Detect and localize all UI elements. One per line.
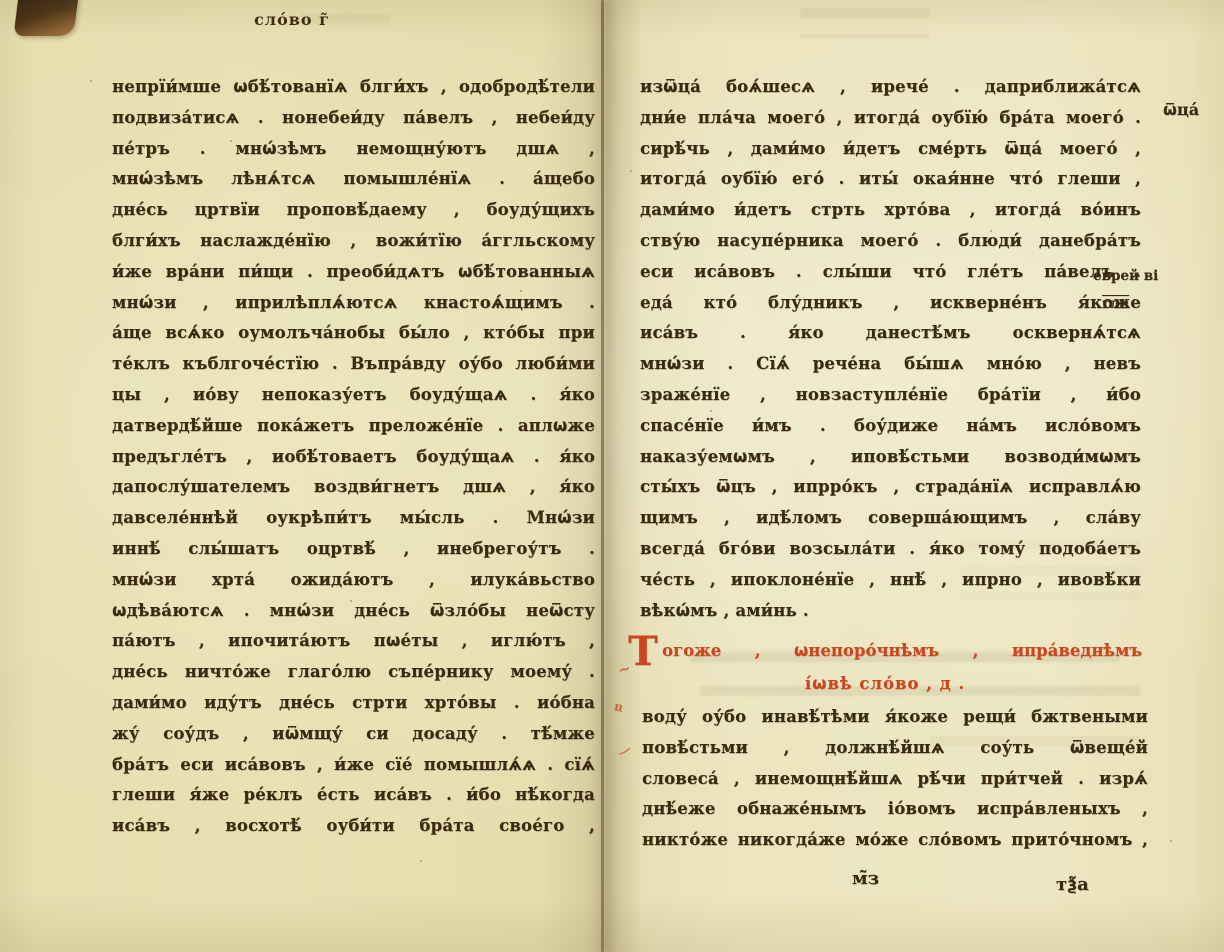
running-title: сло́во г̃ [222,10,362,29]
text-line: вѣкѡ́мъ , ами́нь . [640,596,1141,627]
text-line: предъгле́тъ , иобѣ́товаетъ боуду́щаѧ . я… [112,442,595,473]
text-line: воду́ оу́бо инавѣ́тѣми я́коже рещи́ бжтв… [642,702,1148,733]
paper-specks [90,80,92,82]
margin-note-otsa: ѿца́ [1163,100,1199,119]
text-line: сты́хъ ѿцъ , ипрро́къ , страда́нїѧ испра… [640,472,1141,503]
text-line: дами́мо иду́тъ дне́сь стрти хрто́вы . ио… [112,688,595,719]
rubric-heading: Т огоже , ѡнепоро́чнѣмъ , ипра́веднѣмъ і… [628,634,1142,693]
text-line: дне́сь цртвїи проповѣ́даему , боуду́щихъ [112,195,595,226]
rubric-line-2: і́ѡвѣ сло́во , д . [628,674,1142,693]
binding-tab [14,0,79,36]
margin-note-chapter: глв [1102,296,1129,312]
text-line: повѣ́стьми , должнѣ́йшѧ соу́ть ѿвеще́й [642,733,1148,764]
text-line: и́же вра́ни пи́щи . преоби́дѧтъ ѡбѣ́това… [112,257,595,288]
text-line: щимъ , идѣ́ломъ соверша́ющимъ , сла́ву [640,503,1141,534]
text-line: днѣ́еже обнаже́нымъ іо́вомъ испра́вленых… [642,794,1148,825]
text-line: па́ютъ , ипочита́ютъ пѡе́ты , иглю́тъ , [112,626,595,657]
rubric-line-1: огоже , ѡнепоро́чнѣмъ , ипра́веднѣмъ [662,634,1142,665]
red-margin-mark: ‿ [613,736,631,756]
text-line: блги́хъ наслажде́нїю , вожи́тїю а́ггльск… [112,226,595,257]
text-line: непрїи́мше ѡбѣ́тованїѧ блги́хъ , одоброд… [112,72,595,103]
slovo-4-body: воду́ оу́бо инавѣ́тѣми я́коже рещи́ бжтв… [642,702,1148,856]
text-line: иса́въ , восхотѣ́ оуби́ти бра́та свое́го… [112,811,595,842]
text-line: бра́тъ еси иса́вовъ , и́же сїе́ помышлѧ́… [112,750,595,781]
text-line: иннѣ́ слы́шатъ оцртвѣ́ , инебрегоу́тъ . [112,534,595,565]
text-line: сирѣ́чь , дами́мо и́детъ сме́рть ѿца́ мо… [640,134,1141,165]
left-page-text: непрїи́мше ѡбѣ́тованїѧ блги́хъ , одоброд… [112,72,595,842]
text-line: пе́тръ . мнѡ́зѣмъ немощну́ютъ дшѧ , [112,134,595,165]
text-line: словеса́ , инемощнѣ́йшѧ рѣ́чи при́тчей .… [642,764,1148,795]
text-line: жу́ соу́дъ , иѿмщу́ си досаду́ . тѣ́мже [112,719,595,750]
text-line: итогда́ оубїю́ его́ . иты́ окая́нне что́… [640,164,1141,195]
text-line: давселе́ннѣй оукрѣпи́тъ мы́сль . Мнѡ́зи [112,503,595,534]
text-line: спасе́нїе и́мъ . боу́диже на́мъ исло́вом… [640,411,1141,442]
gutter-shadow [601,0,604,952]
text-line: цы , ио́ву непоказу́етъ боуду́щаѧ . я́ко [112,380,595,411]
rubric-initial-letter: Т [628,634,662,670]
text-line: мнѡ́зи . Сїѧ́ рече́на бы́шѧ мно́ю , невъ [640,349,1141,380]
margin-note-citation: еврей ві [1093,268,1158,284]
text-line: датвердѣ́йше пока́жетъ преложе́нїе . апл… [112,411,595,442]
folio-number: тѯ̃а [1056,874,1089,895]
book-spread: сло́во г̃ непрїи́мше ѡбѣ́тованїѧ блги́хъ… [0,0,1224,952]
text-line: никто́же никогда́же мо́же сло́вомъ прито… [642,825,1148,856]
text-line: мнѡ́зи , иприлѣплѧ́ютсѧ кнастоѧ́щимъ . [112,288,595,319]
quire-signature: м̃з [852,868,879,889]
text-line: че́сть , ипоклоне́нїе , ннѣ́ , ипрно , и… [640,565,1141,596]
text-line: изѿца́ боѧ́шесѧ , ирече́ . даприближа́тс… [640,72,1141,103]
text-line: мнѡ́зи хрта́ ожида́ютъ , илука́вьство [112,565,595,596]
text-line: наказу́емѡмъ , иповѣ́стьми возводи́мѡмъ [640,442,1141,473]
text-line: глеши я́же ре́клъ е́сть иса́въ . и́бо нѣ… [112,780,595,811]
text-line: ѡдѣва́ютсѧ . мнѡ́зи дне́сь ѿзло́бы неѿст… [112,596,595,627]
text-line: дами́мо и́детъ стрть хрто́ва , итогда́ в… [640,195,1141,226]
text-line: те́клъ къблгоче́стїю . Въпра́вду оу́бо л… [112,349,595,380]
text-line: ству́ю насупе́рника моего́ . блюди́ дане… [640,226,1141,257]
red-margin-mark: ıı [613,699,623,715]
text-line: мнѡ́зѣмъ лѣнѧ́тсѧ помышле́нїѧ . а́щебо [112,164,595,195]
text-line: еси иса́вовъ . слы́ши что́ гле́тъ па́вел… [640,257,1141,288]
text-line: дни́е пла́ча моего́ , итогда́ оубїю́ бра… [640,103,1141,134]
text-line: дне́сь ничто́же глаго́лю съпе́рнику моем… [112,657,595,688]
text-line: дапослу́шателемъ воздви́гнетъ дшѧ , я́ко [112,472,595,503]
right-page-text: изѿца́ боѧ́шесѧ , ирече́ . даприближа́тс… [640,72,1141,626]
text-line: иса́въ . я́ко данестѣ́мъ осквернѧ́тсѧ [640,318,1141,349]
text-line: зраже́нїе , новзаступле́нїе бра́тїи , и́… [640,380,1141,411]
text-line: еда́ кто́ блу́дникъ , искверне́нъ я́коже [640,288,1141,319]
text-line: всегда́ бго́ви возсыла́ти . я́ко тому́ п… [640,534,1141,565]
text-line: а́ще всѧ́ко оумолъча́нобы бы́ло , кто́бы… [112,318,595,349]
showthrough-ghost [800,8,930,38]
text-line: подвиза́тисѧ . нонебеи́ду па́велъ , небе… [112,103,595,134]
